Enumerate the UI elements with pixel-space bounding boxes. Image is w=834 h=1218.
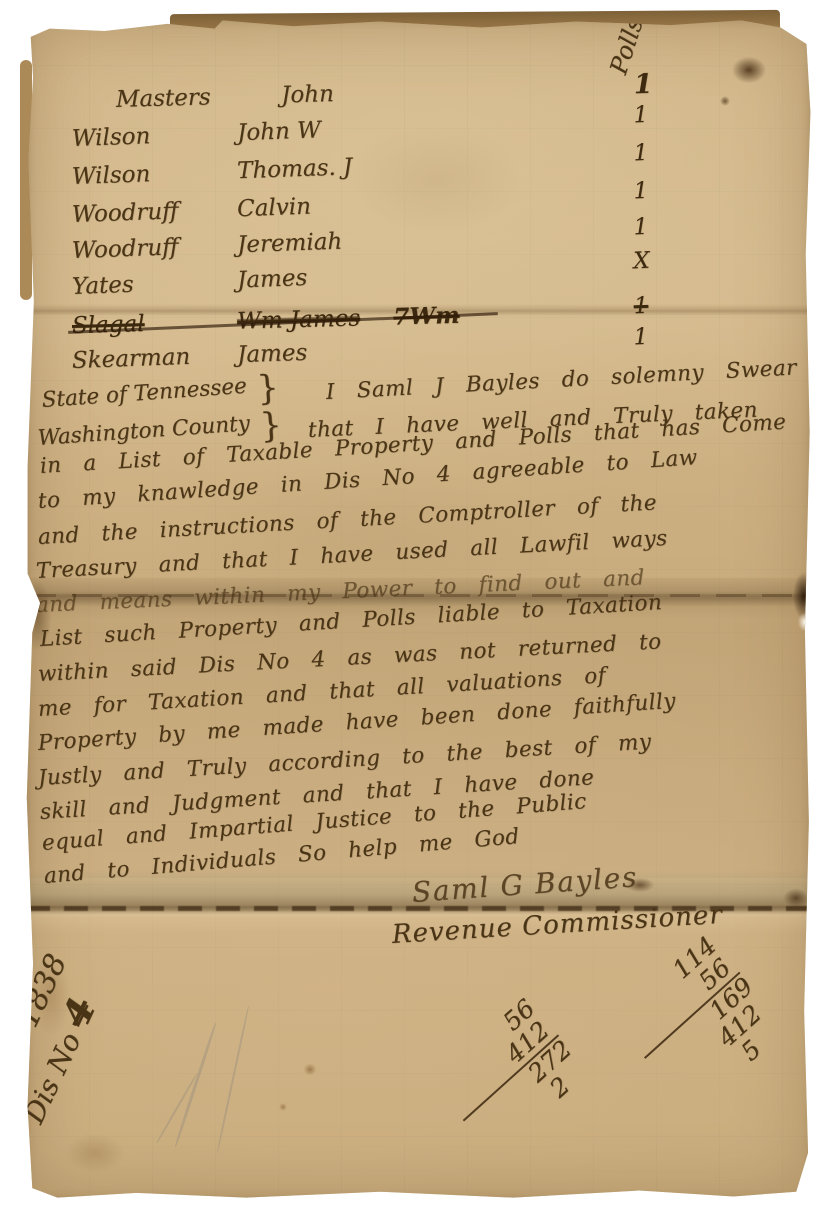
surname-text: Masters [116, 83, 275, 113]
docket-district-text: Dis No [17, 1027, 87, 1128]
pencil-scribble [216, 1005, 249, 1152]
poll-mark: 1 [633, 178, 649, 204]
surname-text: Wilson [71, 158, 230, 189]
bottom-edge-stain [60, 1130, 130, 1176]
arithmetic-right: 114 56 169 412 5 [635, 932, 792, 1092]
given-name-text: John W [237, 117, 322, 146]
docket-line-2: Dis No 4 [8, 964, 117, 1129]
given-name-text: Jeremiah [237, 229, 343, 259]
ink-stain [726, 52, 772, 88]
poll-mark: 1 [633, 69, 653, 100]
docket-note: Tax List 1838 Dis No 4 [0, 949, 119, 1170]
given-name-text: James [237, 265, 308, 294]
ink-stain [720, 96, 730, 106]
place-text: State of Tennessee [41, 374, 248, 413]
ink-blot-right-edge [790, 566, 818, 626]
arithmetic-left: 56 412 272 2 [454, 995, 594, 1136]
surname-text: Slagal [72, 309, 231, 339]
scanned-document-page: Polls Masters John 1 Wilson John W 1 Wil… [0, 0, 834, 1218]
given-name-text: James [237, 340, 308, 368]
brace-glyph: } [256, 368, 280, 409]
docket-district-number: 4 [52, 991, 104, 1034]
signature-name: Saml G Bayles [411, 860, 639, 909]
poll-mark: 1 [633, 102, 649, 128]
given-name-text: Wm James [237, 305, 361, 334]
pencil-scribble [174, 1023, 217, 1148]
given-name-text: John [281, 81, 334, 108]
pencil-scribble [156, 1073, 198, 1143]
fold-blot [780, 886, 812, 910]
given-name-text: Calvin [237, 194, 312, 223]
paper-sheet: Polls Masters John 1 Wilson John W 1 Wil… [26, 18, 812, 1200]
poll-mark: X [633, 248, 650, 275]
struck-annotation-text: 7Wm [393, 302, 460, 331]
given-name-text: Thomas. J [237, 154, 353, 184]
poll-mark: 1 [633, 324, 649, 350]
surname-text: Yates [71, 268, 230, 300]
poll-mark: 1 [633, 140, 649, 166]
surname-text: Woodruff [71, 232, 230, 263]
surname-text: Wilson [71, 120, 230, 151]
poll-mark: 1 [633, 293, 648, 319]
signature-title: Revenue Commissioner [391, 900, 724, 950]
brown-spot [278, 1102, 288, 1112]
surname-text: Skearman [71, 342, 230, 373]
surname-text: Woodruff [71, 196, 230, 227]
poll-mark: 1 [633, 214, 649, 240]
brown-spot [302, 1062, 318, 1077]
tear-notch [796, 610, 814, 634]
